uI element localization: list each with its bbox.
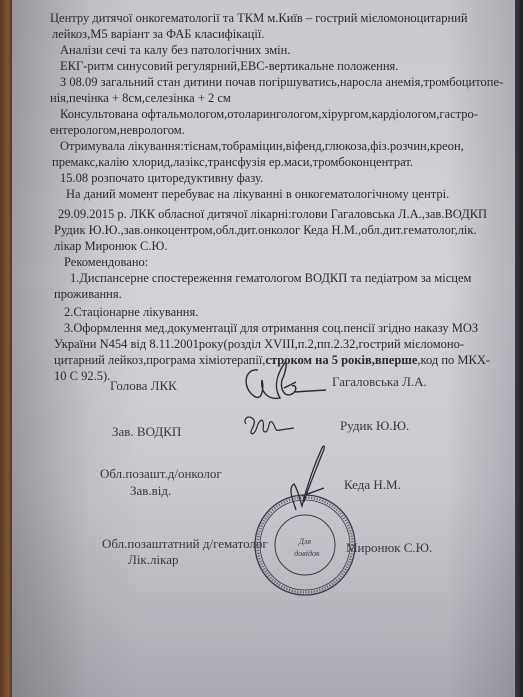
body-line: Консультована офтальмологом,отоларинголо…	[60, 106, 478, 122]
commission-line: 29.09.2015 р. ЛКК обласної дитячої лікар…	[58, 206, 487, 222]
body-line: З 08.09 загальний стан дитини почав погі…	[60, 74, 503, 90]
signature-scribble-icon	[240, 410, 310, 440]
signatory-name: Кеда Н.М.	[344, 477, 401, 493]
body-line: ентерологом,неврологом.	[50, 122, 185, 138]
body-line: Отримувала лікування:тієнам,тобраміцин,в…	[60, 138, 464, 154]
recommendation-3-end: 10 С 92.5).	[54, 368, 110, 384]
signatory-name: Рудик Ю.Ю.	[340, 418, 409, 434]
stamp-text-line2: довідок	[294, 549, 320, 558]
commission-line: Рудик Ю.Ю.,зав.онкоцентром,обл.дит.онкол…	[54, 222, 477, 238]
signatory-role: Голова ЛКК	[110, 378, 177, 394]
signatory-name: Миронюк С.Ю.	[346, 540, 432, 556]
signatory-role: Зав. ВОДКП	[112, 424, 181, 440]
signatory-name: Гагаловська Л.А.	[332, 374, 427, 390]
desk-background-right	[515, 0, 523, 697]
recommended-heading: Рекомендовано:	[64, 254, 148, 270]
stamp-text-line1: Для	[298, 537, 312, 546]
body-line: На даний момент перебуває на лікуванні в…	[66, 186, 449, 202]
recommendation-3-cont: України N454 від 8.11.2001року(розділ XV…	[54, 336, 464, 352]
recommendation-3: 3.Оформлення мед.документації для отрима…	[64, 320, 478, 336]
signatory-role-line2: Лік.лікар	[128, 552, 178, 568]
body-line: Аналізи сечі та калу без патологічних зм…	[60, 42, 290, 58]
body-line: лейкоз,М5 варіант за ФАБ класифікації.	[52, 26, 264, 42]
recommendation-2: 2.Стаціонарне лікування.	[64, 304, 198, 320]
recommendation-1-cont: проживання.	[54, 286, 122, 302]
body-line: нія,печінка + 8см,селезінка + 2 см	[50, 90, 231, 106]
body-line: премакс,калію хлорид,лазікс,трансфузія е…	[52, 154, 413, 170]
body-line: Центру дитячої онкогематології та ТКМ м.…	[50, 10, 468, 26]
recommendation-3-code: ,код по МКХ-	[417, 353, 490, 367]
recommendation-1: 1.Диспансерне спостереження гематологом …	[70, 270, 471, 286]
commission-line: лікар Миронюк С.Ю.	[54, 238, 167, 254]
signature-scribble-icon	[240, 358, 340, 408]
official-stamp-icon: Для довідок	[252, 492, 358, 598]
signatory-role: Обл.позаштатний д/гематолог	[102, 536, 268, 552]
signatory-role: Обл.позашт.д/онколог	[100, 466, 222, 482]
recommendation-3-text: цитарний лейкоз,програма хіміотерапії,	[54, 353, 265, 367]
signatory-role-line2: Зав.від.	[130, 483, 171, 499]
body-line: ЕКГ-ритм синусовий регулярний,ЕВС-вертик…	[60, 58, 398, 74]
document-page: Центру дитячої онкогематології та ТКМ м.…	[12, 0, 515, 697]
body-line: 15.08 розпочато циторедуктивну фазу.	[60, 170, 263, 186]
